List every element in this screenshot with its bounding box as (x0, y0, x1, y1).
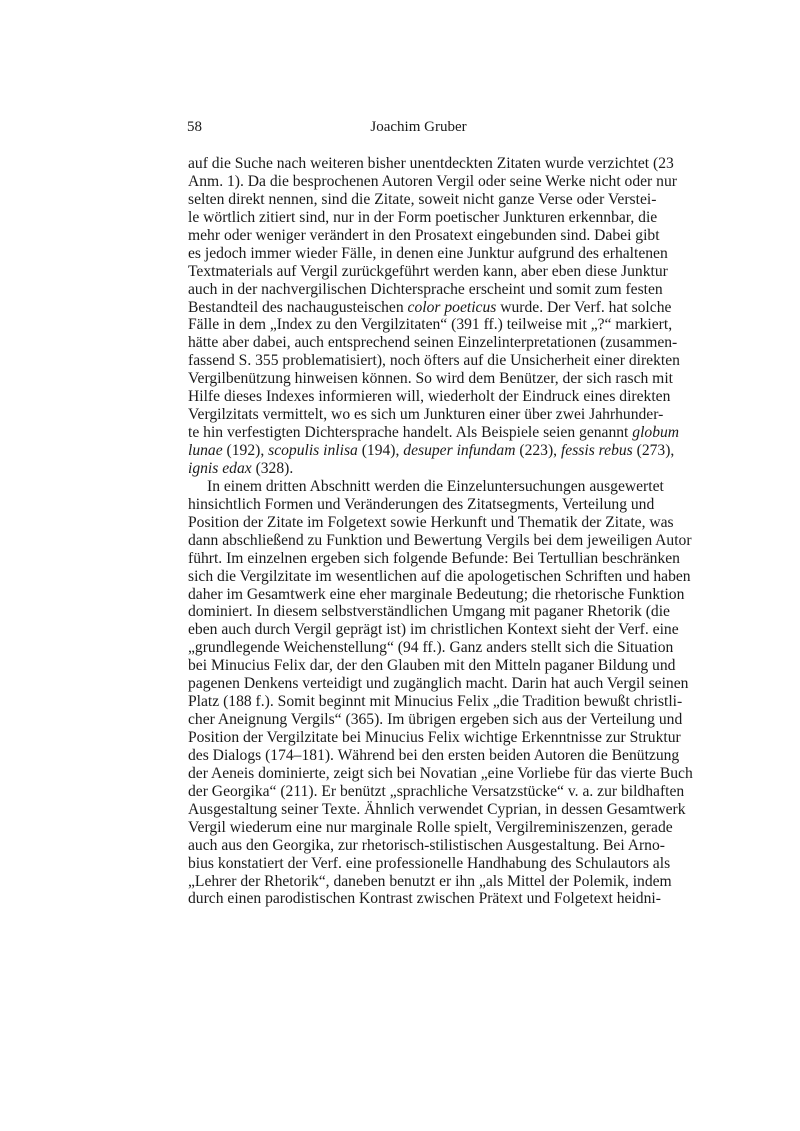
text-run: „Lehrer der Rhetorik“, daneben benutzt e… (188, 873, 672, 890)
text-line: „grundlegende Weichenstellung“ (94 ff.).… (188, 639, 651, 657)
italic-phrase: scopulis inlisa (268, 442, 358, 459)
text-run: (273), (633, 442, 675, 459)
text-run: (192), (223, 442, 268, 459)
text-run: pagenen Denkens verteidigt und zugänglic… (188, 675, 688, 692)
text-run: es jedoch immer wieder Fälle, in denen e… (188, 245, 668, 262)
text-run: Textmaterials auf Vergil zurückgeführt w… (188, 263, 668, 280)
text-run: fassend S. 355 problematisiert), noch öf… (188, 352, 680, 369)
text-line: bius konstatiert der Verf. eine professi… (188, 855, 651, 873)
text-run: bius konstatiert der Verf. eine professi… (188, 855, 670, 872)
text-line: cher Aneignung Vergils“ (365). Im übrige… (188, 711, 651, 729)
text-line: führt. Im einzelnen ergeben sich folgend… (188, 550, 651, 568)
text-line: lunae (192), scopulis inlisa (194), desu… (188, 442, 651, 460)
paragraph: In einem dritten Abschnitt werden die Ei… (188, 478, 651, 909)
text-line: auch aus den Georgika, zur rhetorisch-st… (188, 837, 651, 855)
text-line: Textmaterials auf Vergil zurückgeführt w… (188, 263, 651, 281)
text-run: Position der Zitate im Folgetext sowie H… (188, 514, 674, 531)
text-run: hinsichtlich Formen und Veränderungen de… (188, 496, 654, 513)
text-run: eben auch durch Vergil geprägt ist) im c… (188, 621, 679, 638)
paragraph: auf die Suche nach weiteren bisher unent… (188, 155, 651, 478)
text-line: durch einen parodistischen Kontrast zwis… (188, 890, 651, 908)
text-run: Vergilbenützung hinweisen können. So wir… (188, 370, 673, 387)
text-line: te hin verfestigten Dichtersprache hande… (188, 424, 651, 442)
text-run: auch in der nachvergilischen Dichterspra… (188, 281, 663, 298)
text-run: durch einen parodistischen Kontrast zwis… (188, 890, 661, 907)
italic-phrase: desuper infundam (403, 442, 515, 459)
text-line: es jedoch immer wieder Fälle, in denen e… (188, 245, 651, 263)
text-run: sich die Vergilzitate im wesentlichen au… (188, 568, 691, 585)
text-run: (194), (358, 442, 403, 459)
text-run: Hilfe dieses Indexes informieren will, w… (188, 388, 670, 405)
italic-phrase: ignis edax (188, 460, 252, 477)
text-run: der Georgika“ (211). Er benützt „sprachl… (188, 783, 684, 800)
text-line: Fälle in dem „Index zu den Vergilzitaten… (188, 316, 651, 334)
text-line: der Aeneis dominierte, zeigt sich bei No… (188, 765, 651, 783)
body-text: auf die Suche nach weiteren bisher unent… (188, 155, 651, 908)
text-run: (328). (252, 460, 294, 477)
italic-phrase: color poeticus (408, 299, 497, 316)
text-run: selten direkt nennen, sind die Zitate, s… (188, 191, 656, 208)
running-title: Joachim Gruber (187, 117, 650, 137)
text-line: Anm. 1). Da die besprochenen Autoren Ver… (188, 173, 651, 191)
text-run: Platz (188 f.). Somit beginnt mit Minuci… (188, 693, 682, 710)
text-line: hätte aber dabei, auch entsprechend sein… (188, 334, 651, 352)
text-line: fassend S. 355 problematisiert), noch öf… (188, 352, 651, 370)
text-line: eben auch durch Vergil geprägt ist) im c… (188, 621, 651, 639)
text-run: le wörtlich zitiert sind, nur in der For… (188, 209, 657, 226)
text-run: daher im Gesamtwerk eine eher marginale … (188, 586, 684, 603)
text-run: mehr oder weniger verändert in den Prosa… (188, 227, 660, 244)
text-line: le wörtlich zitiert sind, nur in der For… (188, 209, 651, 227)
text-run: auch aus den Georgika, zur rhetorisch-st… (188, 837, 665, 854)
text-run: Bestandteil des nachaugusteischen (188, 299, 408, 316)
text-line: des Dialogs (174–181). Während bei den e… (188, 747, 651, 765)
text-run: auf die Suche nach weiteren bisher unent… (188, 155, 674, 172)
text-line: sich die Vergilzitate im wesentlichen au… (188, 568, 651, 586)
text-line: selten direkt nennen, sind die Zitate, s… (188, 191, 651, 209)
text-line: bei Minucius Felix dar, der den Glauben … (188, 657, 651, 675)
text-line: auf die Suche nach weiteren bisher unent… (188, 155, 651, 173)
text-line: der Georgika“ (211). Er benützt „sprachl… (188, 783, 651, 801)
text-run: In einem dritten Abschnitt werden die Ei… (207, 478, 664, 495)
text-line: Vergilzitats vermittelt, wo es sich um J… (188, 406, 651, 424)
text-line: Ausgestaltung seiner Texte. Ähnlich verw… (188, 801, 651, 819)
text-run: Fälle in dem „Index zu den Vergilzitaten… (188, 316, 672, 333)
text-run: „grundlegende Weichenstellung“ (94 ff.).… (188, 639, 673, 656)
text-run: Ausgestaltung seiner Texte. Ähnlich verw… (188, 801, 686, 818)
text-line: In einem dritten Abschnitt werden die Ei… (188, 478, 651, 496)
text-line: Position der Zitate im Folgetext sowie H… (188, 514, 651, 532)
text-run: cher Aneignung Vergils“ (365). Im übrige… (188, 711, 682, 728)
text-line: dominiert. In diesem selbstverständliche… (188, 603, 651, 621)
text-run: der Aeneis dominierte, zeigt sich bei No… (188, 765, 693, 782)
text-run: (223), (515, 442, 560, 459)
text-line: hinsichtlich Formen und Veränderungen de… (188, 496, 651, 514)
text-line: Vergilbenützung hinweisen können. So wir… (188, 370, 651, 388)
text-run: Vergil wiederum eine nur marginale Rolle… (188, 819, 673, 836)
text-line: auch in der nachvergilischen Dichterspra… (188, 281, 651, 299)
text-line: Hilfe dieses Indexes informieren will, w… (188, 388, 651, 406)
text-run: bei Minucius Felix dar, der den Glauben … (188, 657, 675, 674)
text-line: ignis edax (328). (188, 460, 651, 478)
text-line: pagenen Denkens verteidigt und zugänglic… (188, 675, 651, 693)
text-run: te hin verfestigten Dichtersprache hande… (188, 424, 632, 441)
text-run: hätte aber dabei, auch entsprechend sein… (188, 334, 677, 351)
text-line: mehr oder weniger verändert in den Prosa… (188, 227, 651, 245)
text-run: wurde. Der Verf. hat solche (496, 299, 671, 316)
italic-phrase: lunae (188, 442, 223, 459)
document-page: 58 Joachim Gruber auf die Suche nach wei… (0, 0, 800, 1131)
text-line: „Lehrer der Rhetorik“, daneben benutzt e… (188, 873, 651, 891)
text-run: führt. Im einzelnen ergeben sich folgend… (188, 550, 680, 567)
running-header: 58 Joachim Gruber (187, 117, 650, 137)
text-run: dominiert. In diesem selbstverständliche… (188, 603, 670, 620)
text-run: des Dialogs (174–181). Während bei den e… (188, 747, 679, 764)
text-line: Position der Vergilzitate bei Minucius F… (188, 729, 651, 747)
text-line: daher im Gesamtwerk eine eher marginale … (188, 586, 651, 604)
text-run: Position der Vergilzitate bei Minucius F… (188, 729, 681, 746)
text-line: Vergil wiederum eine nur marginale Rolle… (188, 819, 651, 837)
italic-phrase: globum (632, 424, 679, 441)
text-run: Vergilzitats vermittelt, wo es sich um J… (188, 406, 663, 423)
text-line: Bestandteil des nachaugusteischen color … (188, 299, 651, 317)
italic-phrase: fessis rebus (561, 442, 633, 459)
text-run: dann abschließend zu Funktion und Bewert… (188, 532, 692, 549)
text-line: dann abschließend zu Funktion und Bewert… (188, 532, 651, 550)
text-line: Platz (188 f.). Somit beginnt mit Minuci… (188, 693, 651, 711)
text-run: Anm. 1). Da die besprochenen Autoren Ver… (188, 173, 677, 190)
